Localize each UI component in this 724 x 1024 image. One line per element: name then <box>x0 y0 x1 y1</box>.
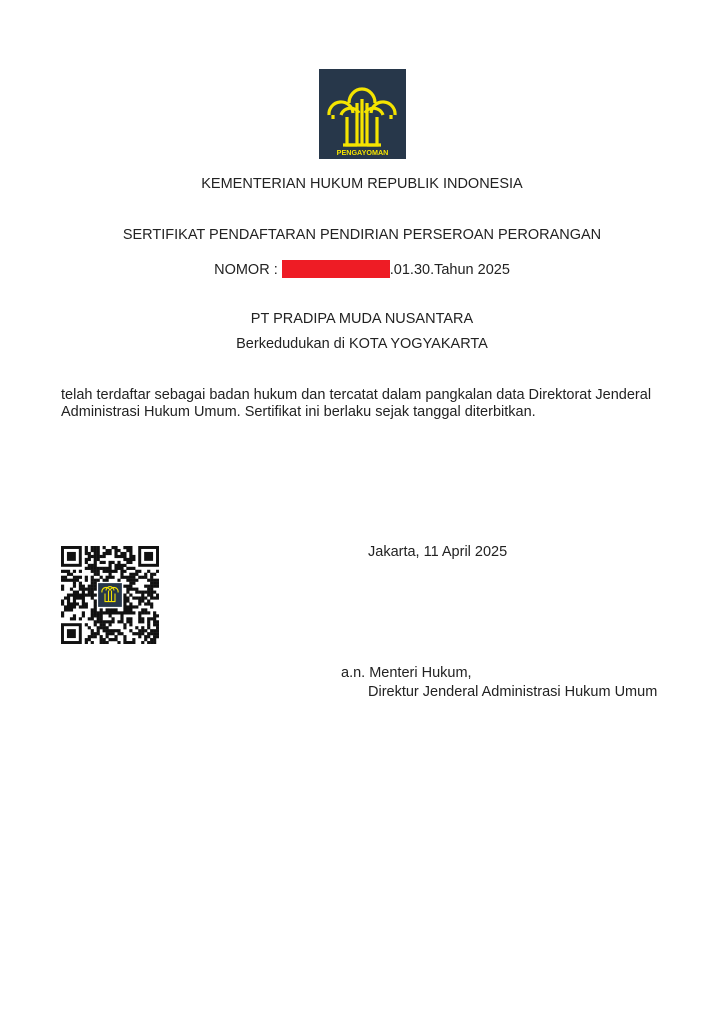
registration-statement: telah terdaftar sebagai badan hukum dan … <box>61 387 671 421</box>
certificate-title: SERTIFIKAT PENDAFTARAN PENDIRIAN PERSERO… <box>0 227 724 243</box>
on-behalf-of: a.n. Menteri Hukum, <box>341 665 472 681</box>
number-label: NOMOR : <box>214 262 278 278</box>
pengayoman-emblem-icon: PENGAYOMAN <box>319 69 406 159</box>
company-name: PT PRADIPA MUDA NUSANTARA <box>0 311 724 327</box>
ministry-name: KEMENTERIAN HUKUM REPUBLIK INDONESIA <box>0 176 724 192</box>
redacted-number-block <box>282 260 390 278</box>
pengayoman-logo: PENGAYOMAN <box>319 69 406 159</box>
verification-qr-code[interactable] <box>61 546 159 644</box>
number-suffix: .01.30.Tahun 2025 <box>390 262 510 278</box>
signatory-title: Direktur Jenderal Administrasi Hukum Umu… <box>368 684 657 700</box>
svg-text:PENGAYOMAN: PENGAYOMAN <box>337 148 389 157</box>
issue-place-date: Jakarta, 11 April 2025 <box>368 544 507 560</box>
company-domicile: Berkedudukan di KOTA YOGYAKARTA <box>0 336 724 352</box>
qr-code-icon <box>61 546 159 644</box>
certificate-number: NOMOR : .01.30.Tahun 2025 <box>0 260 724 278</box>
